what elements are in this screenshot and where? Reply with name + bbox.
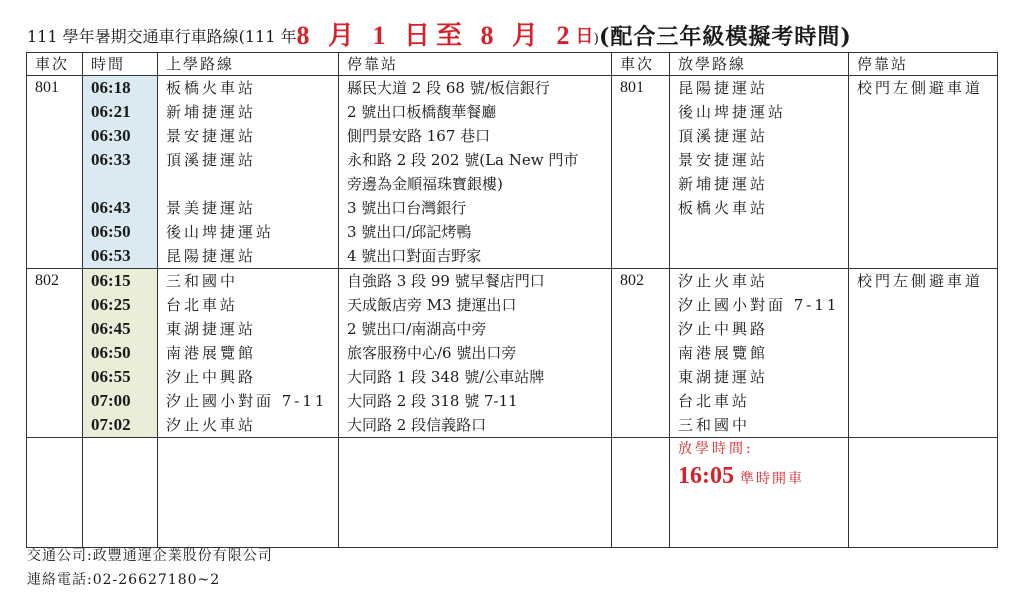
empty-cell bbox=[158, 438, 339, 548]
route-stop: 三和國中 bbox=[678, 413, 848, 437]
route-stop: 昆陽捷運站 bbox=[678, 76, 848, 100]
morning-stops-cell: 縣民大道 2 段 68 號/板信銀行 2 號出口板橋馥華餐廳 側門景安路 167… bbox=[339, 76, 612, 269]
route-stop: 汐止國小對面 7-11 bbox=[678, 293, 848, 317]
time: 06:50 bbox=[91, 341, 157, 365]
route-stop: 東湖捷運站 bbox=[166, 317, 338, 341]
afternoon-route-cell: 昆陽捷運站 後山埤捷運站 頂溪捷運站 景安捷運站 新埔捷運站 板橋火車站 bbox=[670, 76, 849, 269]
stop-location: 天成飯店旁 M3 捷運出口 bbox=[347, 293, 611, 317]
route-stop: 汐止火車站 bbox=[166, 413, 338, 437]
dismissal-time-line: 16:05準時開車 bbox=[678, 460, 848, 495]
route-stop: 新埔捷運站 bbox=[166, 100, 338, 124]
return-bus-no-cell: 801 bbox=[612, 76, 670, 269]
route-stop: 後山埤捷運站 bbox=[678, 100, 848, 124]
time: 07:00 bbox=[91, 389, 157, 413]
empty-cell bbox=[849, 438, 998, 548]
stop-location: 大同路 2 段 318 號 7-11 bbox=[347, 389, 611, 413]
stop-location: 縣民大道 2 段 68 號/板信銀行 bbox=[347, 76, 611, 100]
contact-phone: 連絡電話:02-26627180~2 bbox=[27, 568, 273, 592]
time: 06:18 bbox=[91, 76, 157, 100]
morning-route-cell: 板橋火車站 新埔捷運站 景安捷運站 頂溪捷運站 景美捷運站 後山埤捷運站 昆陽捷… bbox=[158, 76, 339, 269]
route-stop: 板橋火車站 bbox=[678, 196, 848, 220]
stop-location: 自強路 3 段 99 號早餐店門口 bbox=[347, 269, 611, 293]
header-afternoon-route: 放學路線 bbox=[670, 53, 849, 76]
stop-location: 3 號出口/邱記烤鴨 bbox=[347, 220, 611, 244]
route-stop: 台北車站 bbox=[166, 293, 338, 317]
time: 06:30 bbox=[91, 124, 157, 148]
morning-stops-cell: 自強路 3 段 99 號早餐店門口 天成飯店旁 M3 捷運出口 2 號出口/南湖… bbox=[339, 269, 612, 438]
header-return-bus-no: 車次 bbox=[612, 53, 670, 76]
title-date-range: 8 月 1 日至 8 月 2 bbox=[297, 22, 576, 50]
route-stop: 頂溪捷運站 bbox=[678, 124, 848, 148]
afternoon-stop: 校門左側避車道 bbox=[857, 269, 997, 293]
route-stop: 汐止中興路 bbox=[678, 317, 848, 341]
route-stop: 汐止火車站 bbox=[678, 269, 848, 293]
title-note: (配合三年級模擬考時間) bbox=[599, 24, 852, 50]
time: 06:33 bbox=[91, 148, 157, 172]
route-stop: 景美捷運站 bbox=[166, 196, 338, 220]
dismissal-time: 16:05 bbox=[678, 463, 734, 489]
route-stop: 昆陽捷運站 bbox=[166, 244, 338, 268]
route-stop: 汐止國小對面 7-11 bbox=[166, 389, 338, 413]
route-stop: 東湖捷運站 bbox=[678, 365, 848, 389]
empty-cell bbox=[612, 438, 670, 548]
route-stop: 台北車站 bbox=[678, 389, 848, 413]
bus-schedule-table: 車次 時間 上學路線 停靠站 車次 放學路線 停靠站 801 06:18 06:… bbox=[26, 52, 998, 548]
stop-location: 2 號出口板橋馥華餐廳 bbox=[347, 100, 611, 124]
header-row: 車次 時間 上學路線 停靠站 車次 放學路線 停靠站 bbox=[27, 53, 998, 76]
bus-no: 802 bbox=[35, 269, 82, 293]
return-bus-no: 802 bbox=[620, 269, 669, 293]
stop-location: 3 號出口台灣銀行 bbox=[347, 196, 611, 220]
header-time: 時間 bbox=[83, 53, 158, 76]
afternoon-stop: 校門左側避車道 bbox=[857, 76, 997, 100]
stop-location: 旁邊為金順福珠寶銀樓) bbox=[347, 172, 611, 196]
time: 06:45 bbox=[91, 317, 157, 341]
time: 06:53 bbox=[91, 244, 157, 268]
title-prefix: 111 學年暑期交通車行車路線(111 年 bbox=[27, 27, 297, 50]
table-row-dismissal: 放學時間: 16:05準時開車 bbox=[27, 438, 998, 548]
empty-cell bbox=[83, 438, 158, 548]
stop-location: 4 號出口對面吉野家 bbox=[347, 244, 611, 268]
route-stop: 南港展覽館 bbox=[166, 341, 338, 365]
route-stop: 頂溪捷運站 bbox=[166, 148, 338, 172]
route-stop: 景安捷運站 bbox=[166, 124, 338, 148]
morning-route-cell: 三和國中 台北車站 東湖捷運站 南港展覽館 汐止中興路 汐止國小對面 7-11 … bbox=[158, 269, 339, 438]
route-stop: 新埔捷運站 bbox=[678, 172, 848, 196]
header-morning-route: 上學路線 bbox=[158, 53, 339, 76]
time: 06:55 bbox=[91, 365, 157, 389]
dismissal-notice: 放學時間: 16:05準時開車 bbox=[670, 438, 849, 548]
table-row-bus-802: 802 06:15 06:25 06:45 06:50 06:55 07:00 … bbox=[27, 269, 998, 438]
footer: 交通公司:政豐通運企業股份有限公司 連絡電話:02-26627180~2 bbox=[27, 544, 273, 592]
route-stop: 後山埤捷運站 bbox=[166, 220, 338, 244]
title-date-suffix: 日 bbox=[576, 26, 594, 50]
stop-location: 大同路 1 段 348 號/公車站牌 bbox=[347, 365, 611, 389]
route-stop: 汐止中興路 bbox=[166, 365, 338, 389]
header-afternoon-stop: 停靠站 bbox=[849, 53, 998, 76]
header-bus-no: 車次 bbox=[27, 53, 83, 76]
table-row-bus-801: 801 06:18 06:21 06:30 06:33 06:43 06:50 … bbox=[27, 76, 998, 269]
time: 06:21 bbox=[91, 100, 157, 124]
afternoon-stop-cell: 校門左側避車道 bbox=[849, 269, 998, 438]
time: 06:50 bbox=[91, 220, 157, 244]
stop-location: 2 號出口/南湖高中旁 bbox=[347, 317, 611, 341]
route-stop bbox=[166, 172, 338, 196]
route-stop: 板橋火車站 bbox=[166, 76, 338, 100]
bus-no: 801 bbox=[35, 76, 82, 100]
route-stop: 景安捷運站 bbox=[678, 148, 848, 172]
bus-no-cell: 801 bbox=[27, 76, 83, 269]
time: 06:25 bbox=[91, 293, 157, 317]
empty-cell bbox=[339, 438, 612, 548]
afternoon-route-cell: 汐止火車站 汐止國小對面 7-11 汐止中興路 南港展覽館 東湖捷運站 台北車站… bbox=[670, 269, 849, 438]
stop-location: 大同路 2 段信義路口 bbox=[347, 413, 611, 437]
time bbox=[91, 172, 157, 196]
afternoon-stop-cell: 校門左側避車道 bbox=[849, 76, 998, 269]
time-cell: 06:18 06:21 06:30 06:33 06:43 06:50 06:5… bbox=[83, 76, 158, 269]
stop-location: 側門景安路 167 巷口 bbox=[347, 124, 611, 148]
route-stop: 三和國中 bbox=[166, 269, 338, 293]
dismissal-label: 放學時間: bbox=[678, 438, 848, 460]
time: 06:43 bbox=[91, 196, 157, 220]
time: 07:02 bbox=[91, 413, 157, 437]
empty-cell bbox=[27, 438, 83, 548]
stop-location: 永和路 2 段 202 號(La New 門市 bbox=[347, 148, 611, 172]
bus-no-cell: 802 bbox=[27, 269, 83, 438]
stop-location: 旅客服務中心/6 號出口旁 bbox=[347, 341, 611, 365]
header-morning-stops: 停靠站 bbox=[339, 53, 612, 76]
time: 06:15 bbox=[91, 269, 157, 293]
return-bus-no: 801 bbox=[620, 76, 669, 100]
route-stop: 南港展覽館 bbox=[678, 341, 848, 365]
return-bus-no-cell: 802 bbox=[612, 269, 670, 438]
time-cell: 06:15 06:25 06:45 06:50 06:55 07:00 07:0… bbox=[83, 269, 158, 438]
page-title: 111 學年暑期交通車行車路線(111 年 8 月 1 日至 8 月 2 日 )… bbox=[27, 14, 852, 50]
company-name: 交通公司:政豐通運企業股份有限公司 bbox=[27, 544, 273, 568]
dismissal-note: 準時開車 bbox=[740, 471, 804, 487]
